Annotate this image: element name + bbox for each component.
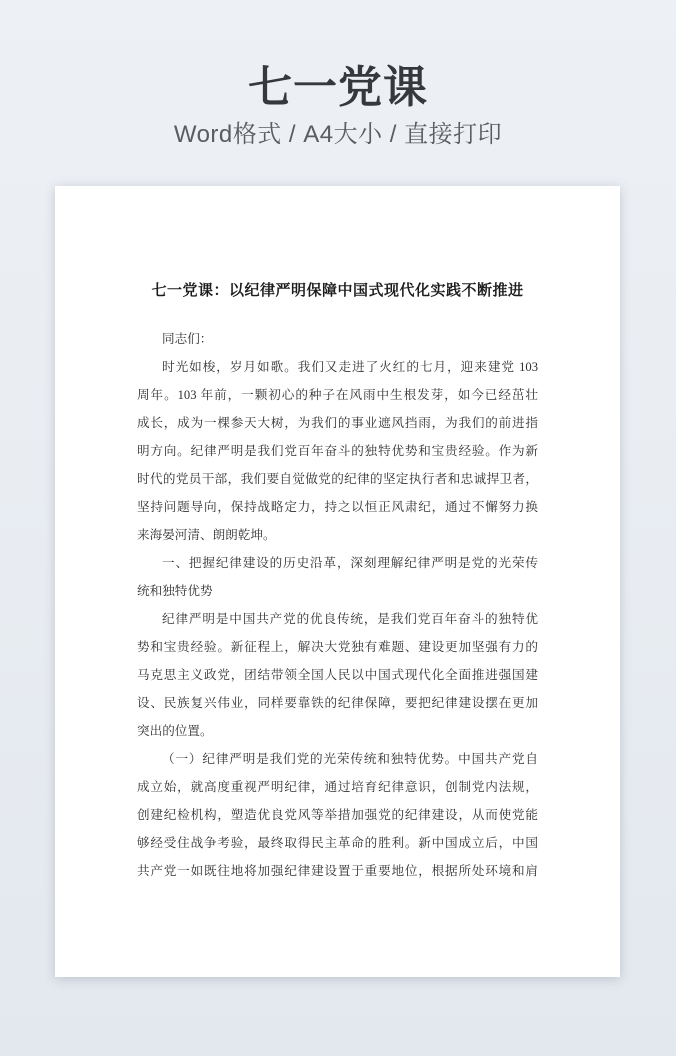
document-line: 同志们： — [137, 325, 538, 353]
document-page: 七一党课：以纪律严明保障中国式现代化实践不断推进 同志们：时光如梭，岁月如歌。我… — [55, 186, 620, 977]
document-line: 设、民族复兴伟业，同样要靠铁的纪律保障，要把纪律建设摆在更加 — [137, 689, 538, 717]
document-line: 时代的党员干部，我们要自觉做党的纪律的坚定执行者和忠诚捍卫者， — [137, 465, 538, 493]
document-title: 七一党课：以纪律严明保障中国式现代化实践不断推进 — [137, 281, 538, 301]
document-line: 统和独特优势 — [137, 577, 538, 605]
document-line: 够经受住战争考验，最终取得民主革命的胜利。新中国成立后，中国 — [137, 829, 538, 857]
document-body: 同志们：时光如梭，岁月如歌。我们又走进了火红的七月，迎来建党 103周年。103… — [137, 325, 538, 885]
document-line: 创建纪检机构，塑造优良党风等举措加强党的纪律建设，从而使党能 — [137, 801, 538, 829]
document-line: 势和宝贵经验。新征程上，解决大党独有难题、建设更加坚强有力的 — [137, 633, 538, 661]
template-title: 七一党课 — [0, 62, 676, 114]
template-subtitle: Word格式 / A4大小 / 直接打印 — [0, 120, 676, 150]
document-line: 来海晏河清、朗朗乾坤。 — [137, 521, 538, 549]
document-line: 马克思主义政党，团结带领全国人民以中国式现代化全面推进强国建 — [137, 661, 538, 689]
document-line: 突出的位置。 — [137, 717, 538, 745]
document-line: 成立始，就高度重视严明纪律，通过培育纪律意识，创制党内法规， — [137, 773, 538, 801]
document-line: 时光如梭，岁月如歌。我们又走进了火红的七月，迎来建党 103 — [137, 353, 538, 381]
document-line: 周年。103 年前，一颗初心的种子在风雨中生根发芽，如今已经茁壮 — [137, 381, 538, 409]
document-line: 成长，成为一棵参天大树，为我们的事业遮风挡雨，为我们的前进指 — [137, 409, 538, 437]
document-line: 共产党一如既往地将加强纪律建设置于重要地位，根据所处环境和肩 — [137, 857, 538, 885]
document-line: 明方向。纪律严明是我们党百年奋斗的独特优势和宝贵经验。作为新 — [137, 437, 538, 465]
document-line: 坚持问题导向，保持战略定力，持之以恒正风肃纪，通过不懈努力换 — [137, 493, 538, 521]
document-line: 一、把握纪律建设的历史沿革，深刻理解纪律严明是党的光荣传 — [137, 549, 538, 577]
document-line: 纪律严明是中国共产党的优良传统，是我们党百年奋斗的独特优 — [137, 605, 538, 633]
document-line: （一）纪律严明是我们党的光荣传统和独特优势。中国共产党自 — [137, 745, 538, 773]
preview-header: 七一党课 Word格式 / A4大小 / 直接打印 — [0, 0, 676, 150]
